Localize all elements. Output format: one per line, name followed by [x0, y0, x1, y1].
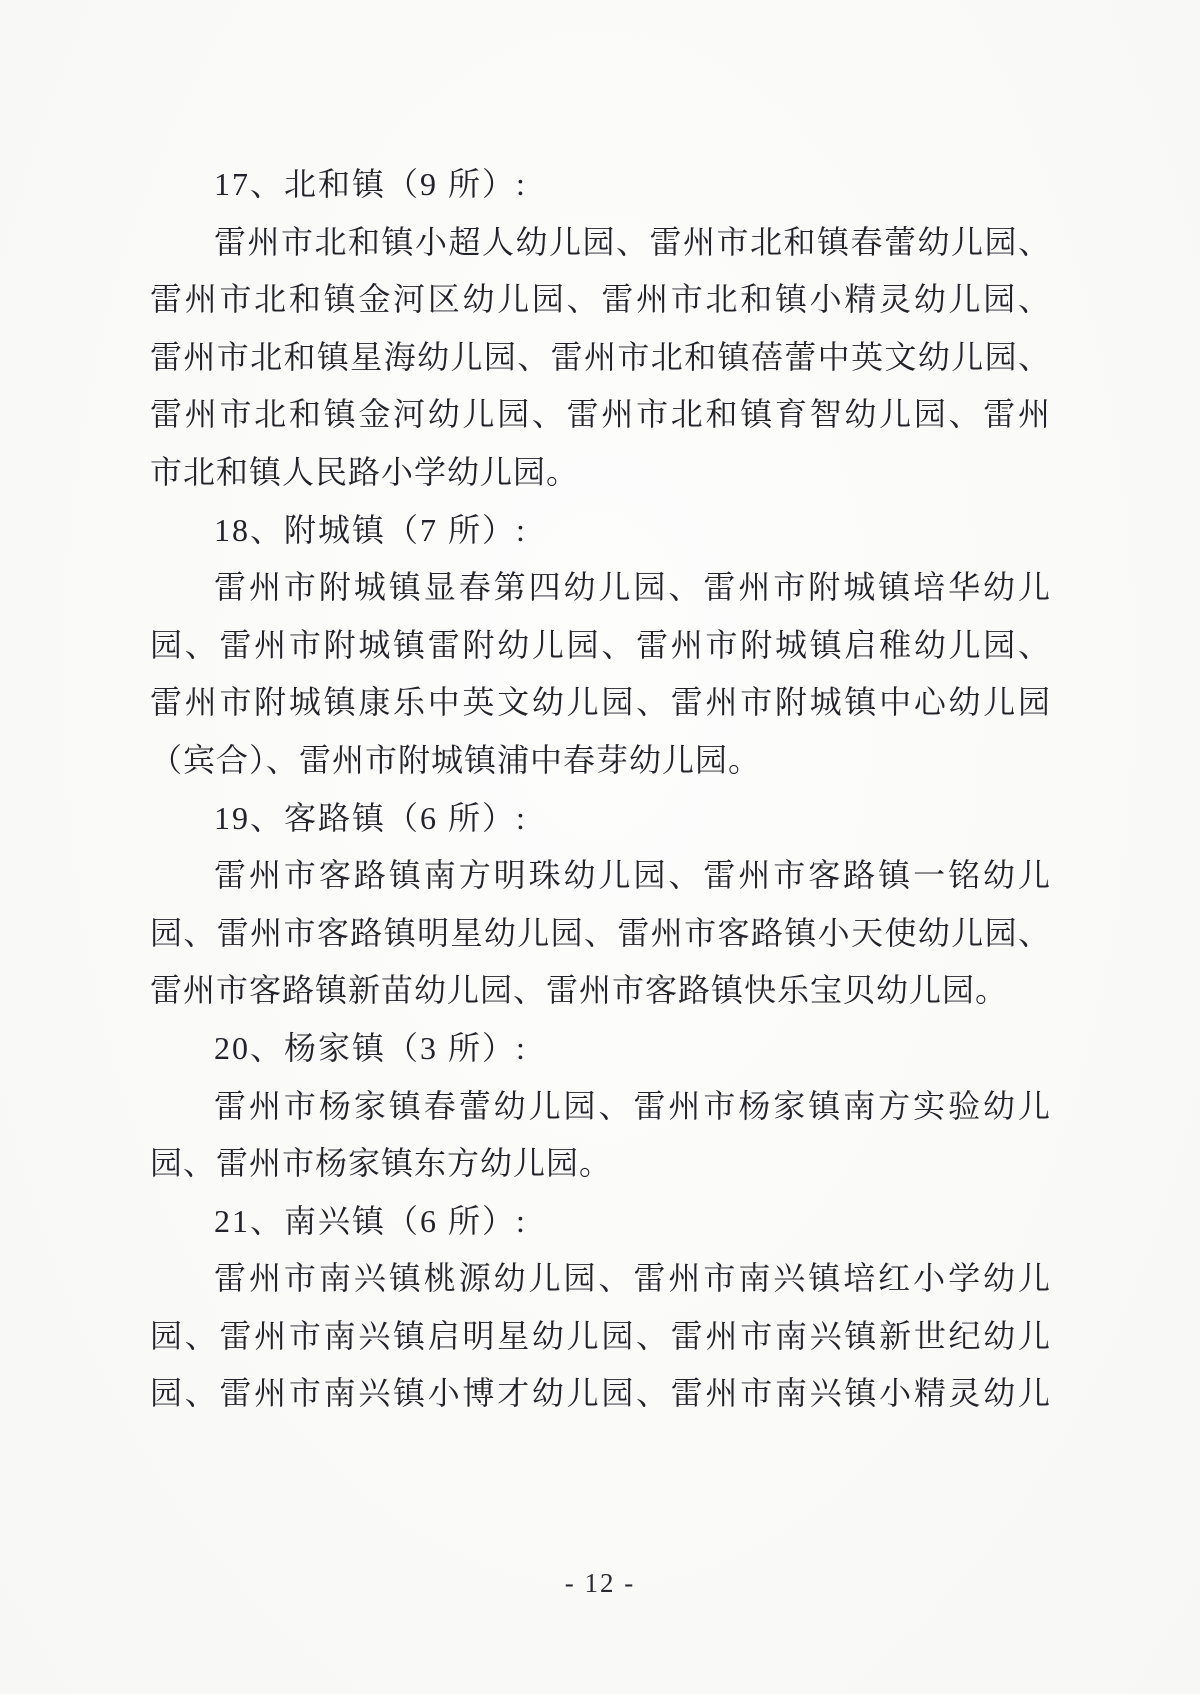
section-heading: 17、北和镇（9 所）: [150, 156, 1050, 214]
text-line: 雷州市南兴镇桃源幼儿园、雷州市南兴镇培红小学幼儿 [150, 1250, 1050, 1308]
text-line: （宾合）、雷州市附城镇浦中春芽幼儿园。 [150, 732, 1050, 790]
text-line: 园、雷州市客路镇明星幼儿园、雷州市客路镇小天使幼儿园、 [150, 905, 1050, 963]
text-line: 雷州市附城镇康乐中英文幼儿园、雷州市附城镇中心幼儿园 [150, 674, 1050, 732]
text-line: 园、雷州市杨家镇东方幼儿园。 [150, 1135, 1050, 1193]
page-number: - 12 - [150, 1568, 1050, 1599]
text-line: 雷州市北和镇金河区幼儿园、雷州市北和镇小精灵幼儿园、 [150, 271, 1050, 329]
text-line: 雷州市北和镇金河幼儿园、雷州市北和镇育智幼儿园、雷州 [150, 386, 1050, 444]
text-line: 园、雷州市南兴镇启明星幼儿园、雷州市南兴镇新世纪幼儿 [150, 1308, 1050, 1366]
text-line: 雷州市客路镇南方明珠幼儿园、雷州市客路镇一铭幼儿 [150, 847, 1050, 905]
text-line: 雷州市客路镇新苗幼儿园、雷州市客路镇快乐宝贝幼儿园。 [150, 962, 1050, 1020]
text-line: 园、雷州市南兴镇小博才幼儿园、雷州市南兴镇小精灵幼儿 [150, 1365, 1050, 1423]
scanned-page: 17、北和镇（9 所）:雷州市北和镇小超人幼儿园、雷州市北和镇春蕾幼儿园、雷州市… [0, 0, 1200, 1694]
document-body: 17、北和镇（9 所）:雷州市北和镇小超人幼儿园、雷州市北和镇春蕾幼儿园、雷州市… [150, 156, 1050, 1423]
text-line: 雷州市北和镇星海幼儿园、雷州市北和镇蓓蕾中英文幼儿园、 [150, 329, 1050, 387]
text-line: 园、雷州市附城镇雷附幼儿园、雷州市附城镇启稚幼儿园、 [150, 617, 1050, 675]
text-line: 雷州市北和镇小超人幼儿园、雷州市北和镇春蕾幼儿园、 [150, 214, 1050, 272]
section-heading: 20、杨家镇（3 所）: [150, 1020, 1050, 1078]
text-line: 市北和镇人民路小学幼儿园。 [150, 444, 1050, 502]
text-line: 雷州市杨家镇春蕾幼儿园、雷州市杨家镇南方实验幼儿 [150, 1078, 1050, 1136]
section-heading: 18、附城镇（7 所）: [150, 502, 1050, 560]
section-heading: 21、南兴镇（6 所）: [150, 1193, 1050, 1251]
section-heading: 19、客路镇（6 所）: [150, 790, 1050, 848]
text-line: 雷州市附城镇显春第四幼儿园、雷州市附城镇培华幼儿 [150, 559, 1050, 617]
